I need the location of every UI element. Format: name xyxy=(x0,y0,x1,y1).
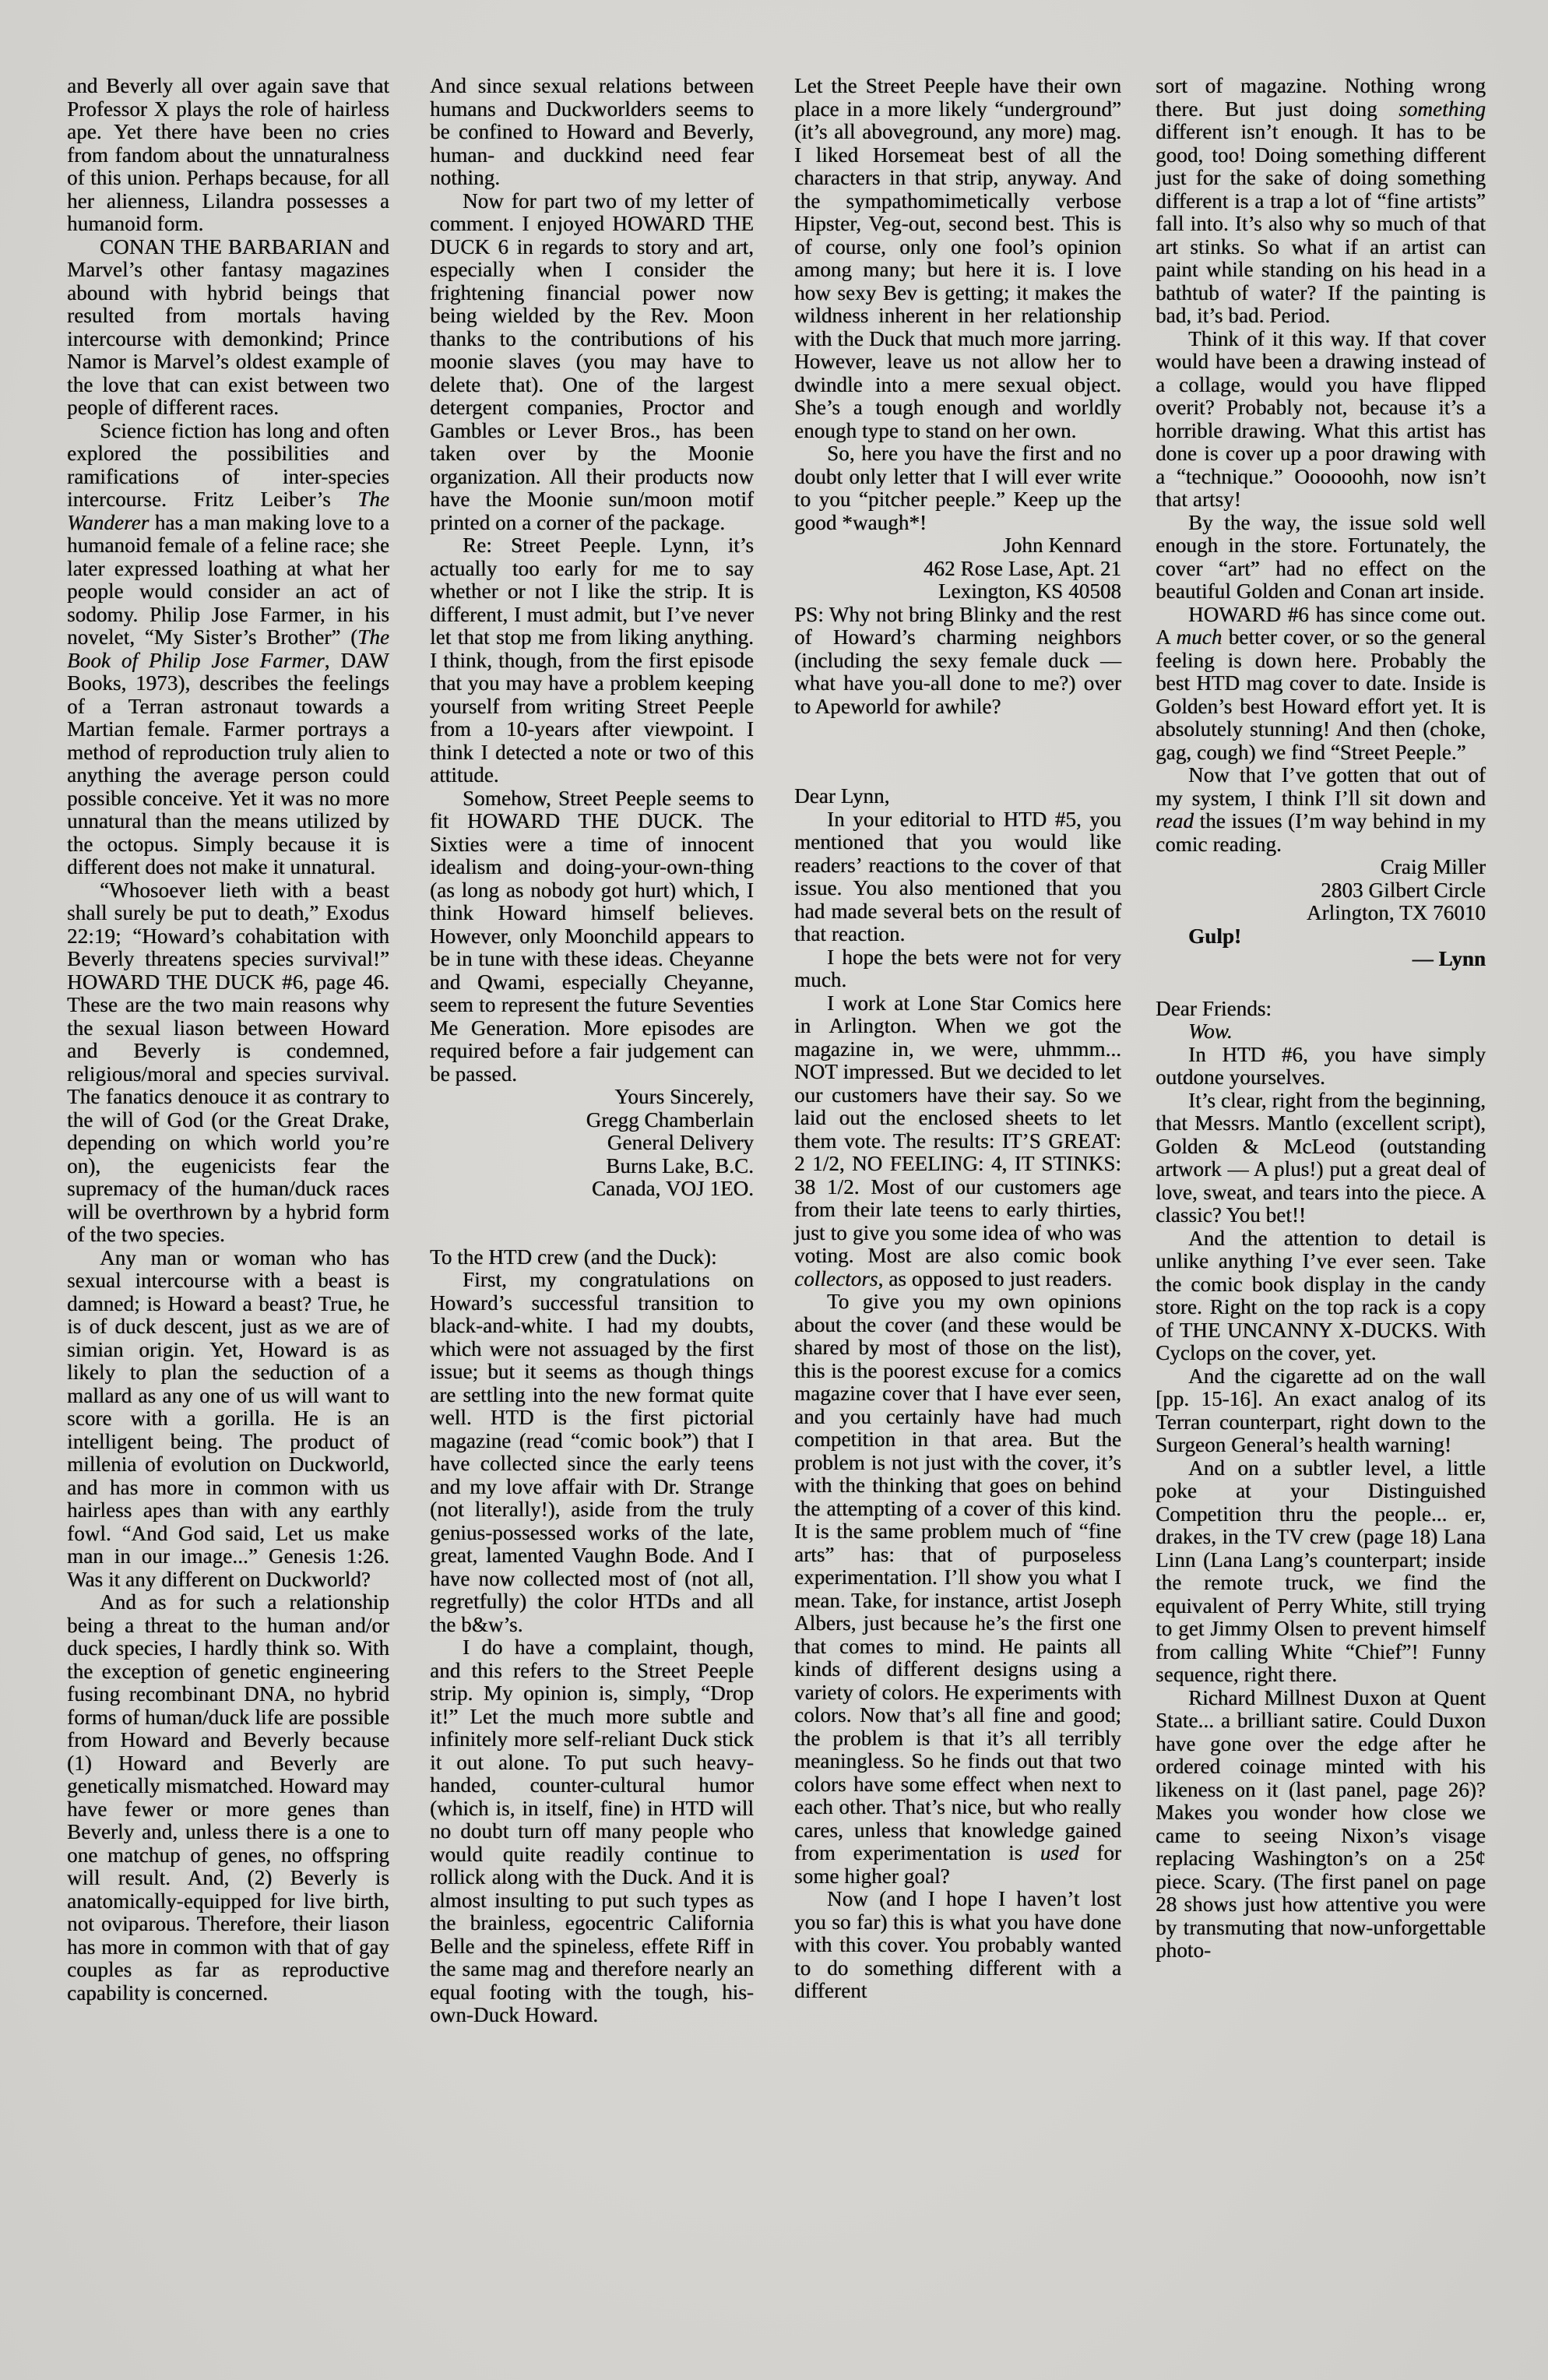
letter-paragraph: Think of it this way. If that cover woul… xyxy=(1156,328,1486,512)
letter-paragraph: And on a subtler level, a little poke at… xyxy=(1156,1457,1486,1687)
letter-paragraph: In your editorial to HTD #5, you mention… xyxy=(794,808,1121,946)
signature-name: Gregg Chamberlain xyxy=(430,1109,754,1132)
letter-paragraph: Now that I’ve gotten that out of my syst… xyxy=(1156,764,1486,856)
letter-paragraph: So, here you have the first and no doubt… xyxy=(794,442,1121,534)
letter-paragraph: In HTD #6, you have simply outdone yours… xyxy=(1156,1044,1486,1090)
letter-paragraph: Somehow, Street Peeple seems to fit HOWA… xyxy=(430,787,754,1086)
letter-paragraph: and Beverly all over again save that Pro… xyxy=(67,75,389,236)
letter-paragraph: sort of magazine. Nothing wrong there. B… xyxy=(1156,75,1486,328)
text-column-4: sort of magazine. Nothing wrong there. B… xyxy=(1156,75,1486,1963)
letter-paragraph: Science fiction has long and often explo… xyxy=(67,420,389,879)
letters-page: and Beverly all over again save that Pro… xyxy=(0,0,1548,2380)
signature-address: 462 Rose Lase, Apt. 21 xyxy=(794,558,1121,581)
letter-paragraph: Let the Street Peeple have their own pla… xyxy=(794,75,1121,442)
letter-paragraph: And the attention to detail is unlike an… xyxy=(1156,1227,1486,1365)
letter-paragraph: CONAN THE BARBARIAN and Marvel’s other f… xyxy=(67,236,389,420)
signature-address: 2803 Gilbert Circle xyxy=(1156,879,1486,903)
letter-paragraph: Wow. xyxy=(1156,1020,1486,1044)
letter-paragraph: And as for such a relationship being a t… xyxy=(67,1591,389,2005)
text-column-2: And since sexual relations between human… xyxy=(430,75,754,2027)
letter-paragraph: By the way, the issue sold well enough i… xyxy=(1156,512,1486,604)
letter-paragraph: HOWARD #6 has since come out. A much bet… xyxy=(1156,604,1486,765)
letter-paragraph: To give you my own opinions about the co… xyxy=(794,1290,1121,1888)
letter-paragraph: Now (and I hope I haven’t lost you so fa… xyxy=(794,1888,1121,2003)
signature-address: General Delivery xyxy=(430,1132,754,1155)
letter-paragraph: Now for part two of my letter of comment… xyxy=(430,190,754,535)
letter-paragraph: “Whosoever lieth with a beast shall sure… xyxy=(67,879,389,1247)
letter-paragraph: Re: Street Peeple. Lynn, it’s actually t… xyxy=(430,534,754,787)
signature-address: Lexington, KS 40508 xyxy=(794,580,1121,604)
signature-address: Arlington, TX 76010 xyxy=(1156,902,1486,925)
signature-closing: Yours Sincerely, xyxy=(430,1086,754,1109)
text-column-1: and Beverly all over again save that Pro… xyxy=(67,75,389,2005)
letter-paragraph: First, my congratulations on Howard’s su… xyxy=(430,1269,754,1636)
signature-address: Canada, VOJ 1EO. xyxy=(430,1178,754,1201)
letter-salutation: Dear Lynn, xyxy=(794,785,1121,808)
text-column-3: Let the Street Peeple have their own pla… xyxy=(794,75,1121,2003)
letter-paragraph: I do have a complaint, though, and this … xyxy=(430,1636,754,2027)
letter-paragraph: I work at Lone Star Comics here in Arlin… xyxy=(794,992,1121,1291)
letter-paragraph: It’s clear, right from the beginning, th… xyxy=(1156,1090,1486,1227)
letter-paragraph: And since sexual relations between human… xyxy=(430,75,754,190)
letter-paragraph: Richard Millnest Duxon at Quent State...… xyxy=(1156,1687,1486,1963)
signature-name: Craig Miller xyxy=(1156,856,1486,879)
letter-paragraph: And the cigarette ad on the wall [pp. 15… xyxy=(1156,1365,1486,1457)
signature-address: Burns Lake, B.C. xyxy=(430,1155,754,1178)
signature-name: John Kennard xyxy=(794,534,1121,558)
letter-paragraph: I hope the bets were not for very much. xyxy=(794,946,1121,992)
editor-interjection: Gulp! xyxy=(1156,925,1486,949)
letter-salutation: To the HTD crew (and the Duck): xyxy=(430,1246,754,1269)
editor-signature: — Lynn xyxy=(1156,948,1486,971)
letter-salutation: Dear Friends: xyxy=(1156,998,1486,1021)
letter-postscript: PS: Why not bring Blinky and the rest of… xyxy=(794,604,1121,719)
letter-paragraph: Any man or woman who has sexual intercou… xyxy=(67,1247,389,1592)
